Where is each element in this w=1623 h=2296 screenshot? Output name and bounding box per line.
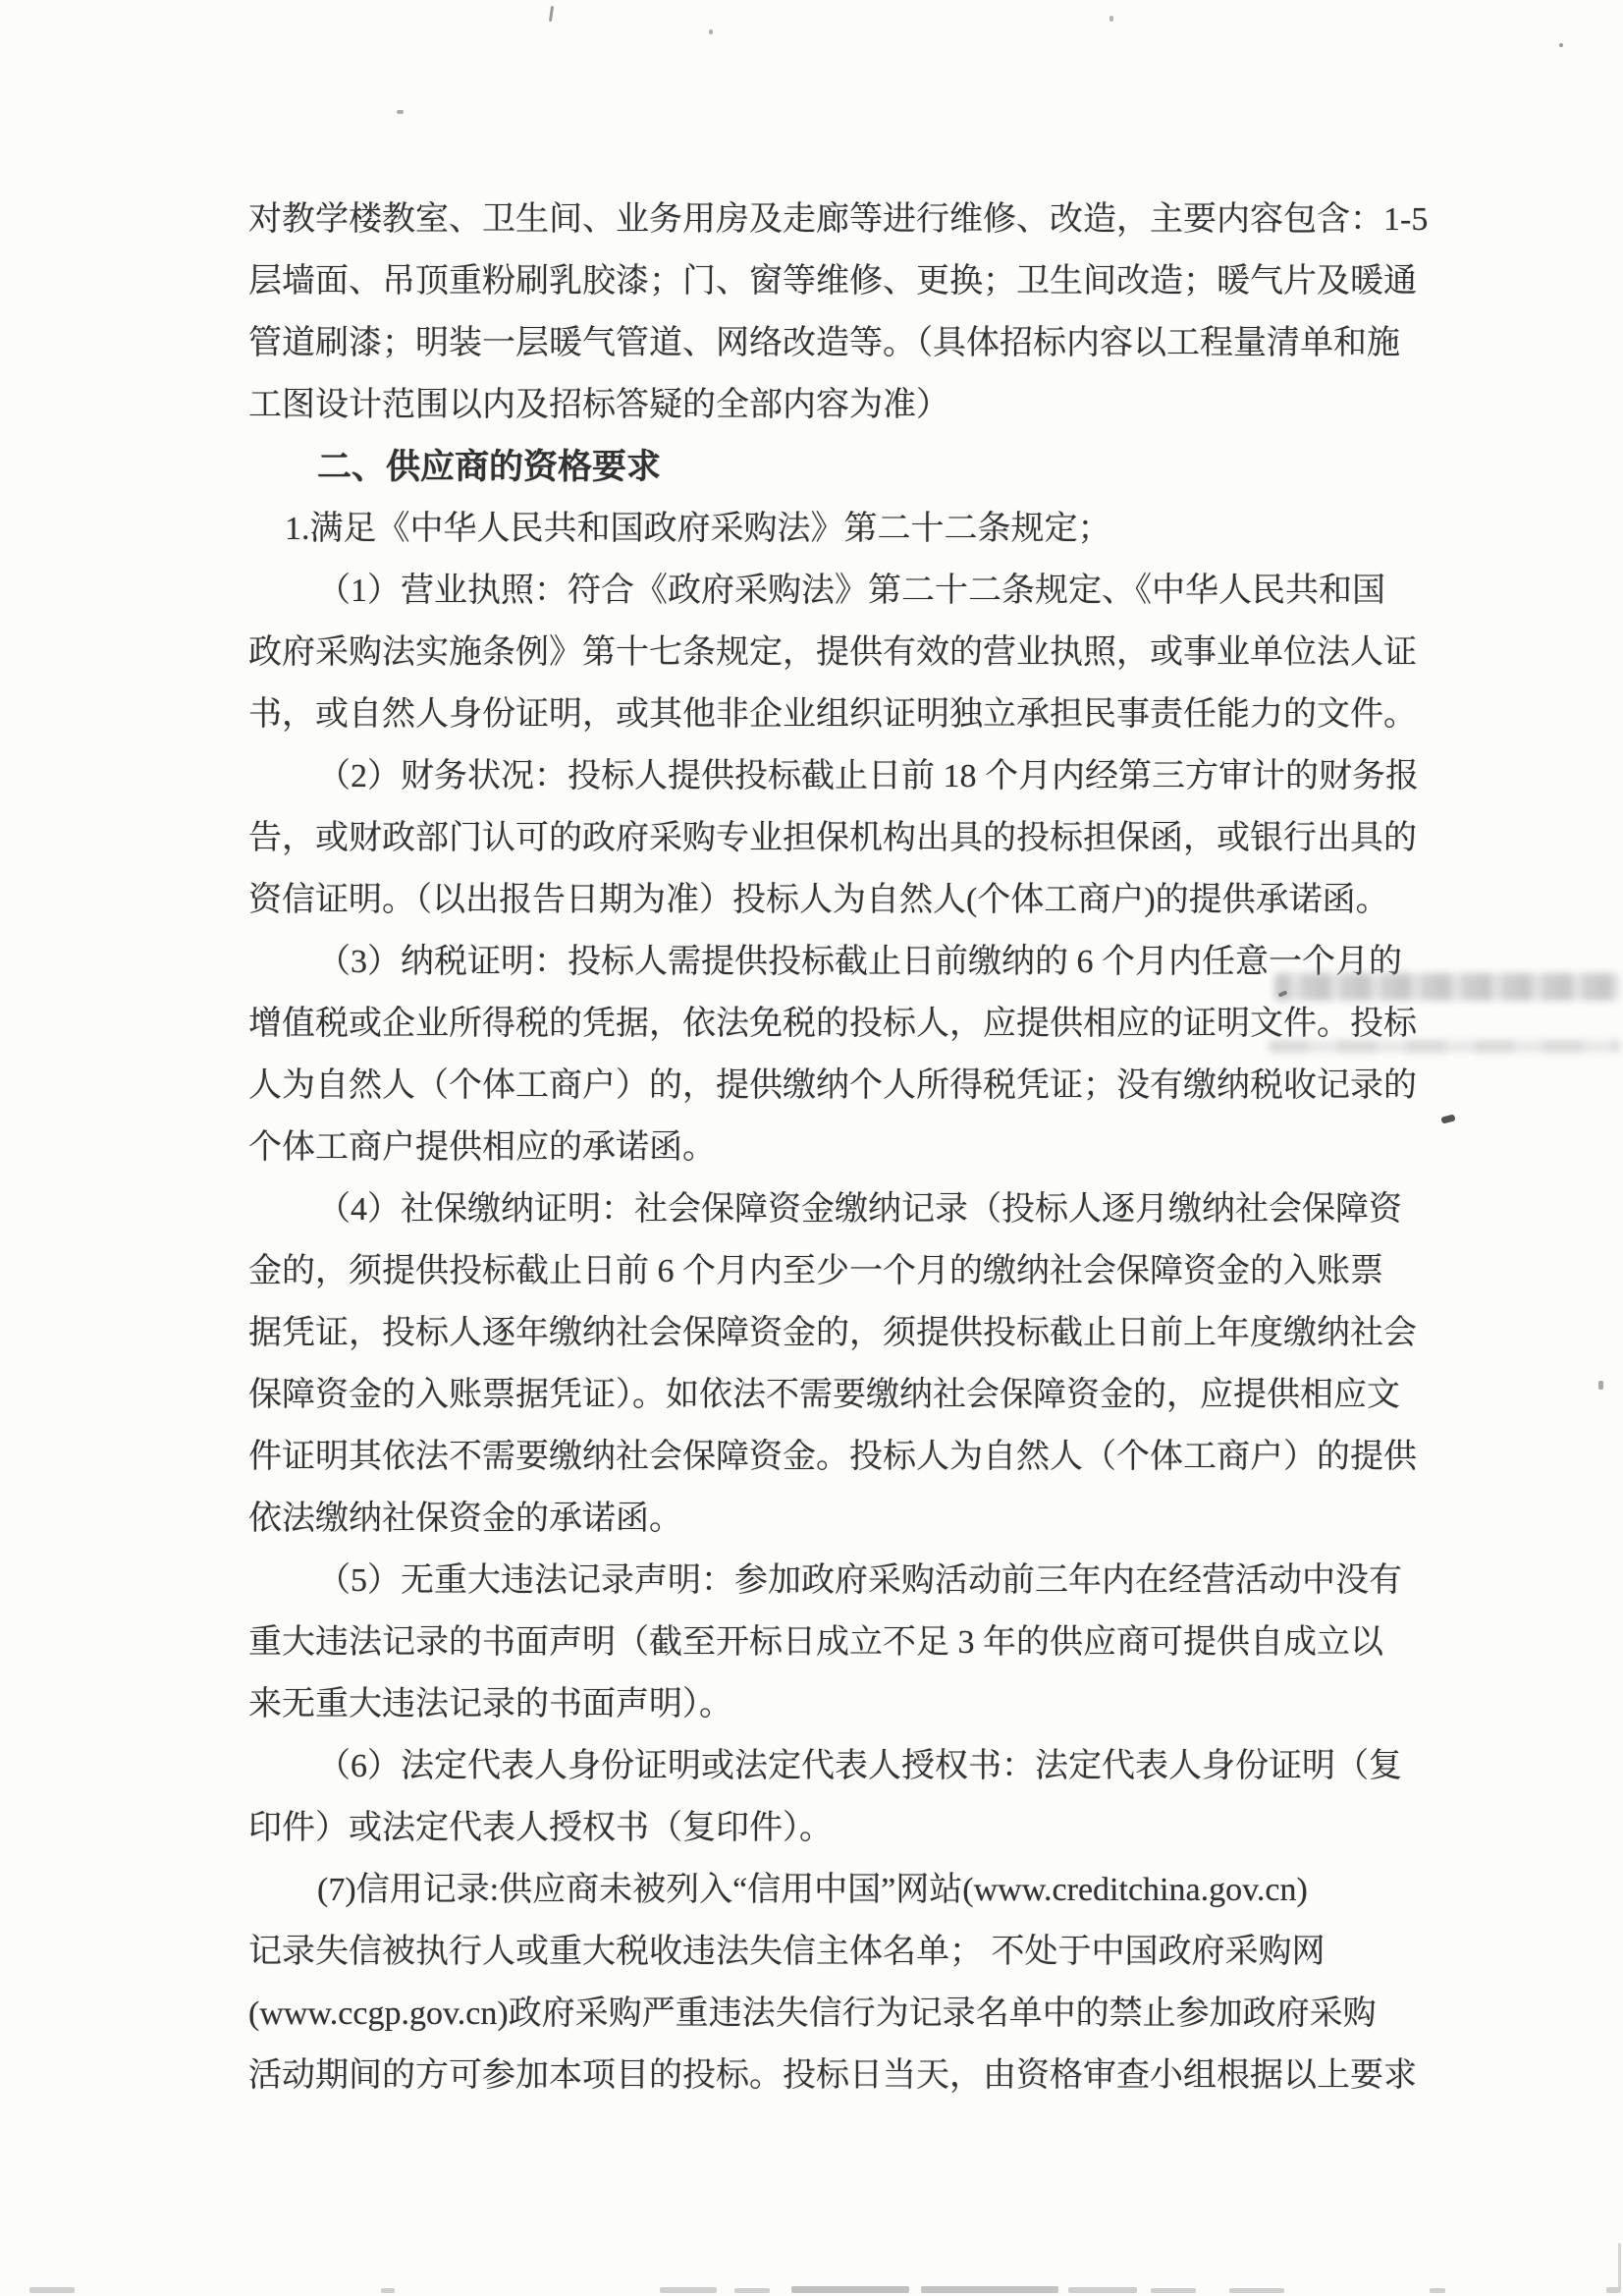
text-line: 保障资金的入账票据凭证）。如依法不需要缴纳社会保障资金的，应提供相应文 xyxy=(248,1364,1417,1426)
scan-edge-mark xyxy=(1068,2287,1137,2293)
text-line: 对教学楼教室、卫生间、业务用房及走廊等进行维修、改造，主要内容包含：1-5 xyxy=(248,189,1417,250)
text-line: 据凭证，投标人逐年缴纳社会保障资金的，须提供投标截止日前上年度缴纳社会 xyxy=(248,1302,1417,1364)
scan-speck xyxy=(397,110,404,114)
text-line: 书，或自然人身份证明，或其他非企业组织证明独立承担民事责任能力的文件。 xyxy=(248,683,1417,745)
text-line: 增值税或企业所得税的凭据，依法免税的投标人，应提供相应的证明文件。投标 xyxy=(248,993,1417,1055)
scan-speck xyxy=(1440,1114,1455,1123)
text-line: （6）法定代表人身份证明或法定代表人授权书：法定代表人身份证明（复 xyxy=(248,1735,1417,1797)
scan-edge-mark xyxy=(660,2287,717,2293)
scan-speck xyxy=(1559,43,1563,47)
text-line: （3）纳税证明：投标人需提供投标截止日前缴纳的 6 个月内任意一个月的 xyxy=(248,931,1417,993)
section-heading: 二、供应商的资格要求 xyxy=(248,436,1417,498)
scan-edge-mark xyxy=(734,2288,770,2293)
text-line: (7)信用记录:供应商未被列入“信用中国”网站(www.creditchina.… xyxy=(248,1859,1417,1921)
text-line: 金的，须提供投标截止日前 6 个月内至少一个月的缴纳社会保障资金的入账票 xyxy=(248,1240,1417,1302)
showthrough-smudge xyxy=(1274,973,1620,1001)
scan-speck xyxy=(1109,16,1113,22)
scan-edge-mark xyxy=(921,2286,1058,2293)
text-line: 资信证明。（以出报告日期为准）投标人为自然人(个体工商户)的提供承诺函。 xyxy=(248,869,1417,931)
text-line: 依法缴纳社保资金的承诺函。 xyxy=(248,1488,1417,1550)
text-line: 层墙面、吊顶重粉刷乳胶漆；门、窗等维修、更换；卫生间改造；暖气片及暖通 xyxy=(248,250,1417,312)
scan-speck xyxy=(549,6,554,22)
scan-edge-mark xyxy=(381,2288,395,2293)
text-line: 人为自然人（个体工商户）的，提供缴纳个人所得税凭证；没有缴纳税收记录的 xyxy=(248,1055,1417,1117)
text-line: 印件）或法定代表人授权书（复印件）。 xyxy=(248,1797,1417,1859)
text-line: 工图设计范围以内及招标答疑的全部内容为准） xyxy=(248,374,1417,436)
text-line: 来无重大违法记录的书面声明）。 xyxy=(248,1673,1417,1735)
text-line: 活动期间的方可参加本项目的投标。投标日当天，由资格审查小组根据以上要求 xyxy=(248,2045,1417,2106)
scan-edge-mark xyxy=(1229,2288,1284,2293)
text-line: 个体工商户提供相应的承诺函。 xyxy=(248,1117,1417,1178)
scanned-document-page: 对教学楼教室、卫生间、业务用房及走廊等进行维修、改造，主要内容包含：1-5层墙面… xyxy=(0,0,1623,2296)
text-line: 政府采购法实施条例》第十七条规定，提供有效的营业执照，或事业单位法人证 xyxy=(248,622,1417,683)
text-line: （2）财务状况：投标人提供投标截止日前 18 个月内经第三方审计的财务报 xyxy=(248,745,1417,807)
scan-edge-mark xyxy=(29,2287,75,2293)
text-line: （5）无重大违法记录声明：参加政府采购活动前三年内在经营活动中没有 xyxy=(248,1550,1417,1612)
showthrough-smudge xyxy=(1269,1040,1620,1053)
text-block: 对教学楼教室、卫生间、业务用房及走廊等进行维修、改造，主要内容包含：1-5层墙面… xyxy=(248,189,1417,2106)
text-line: （1）营业执照：符合《政府采购法》第二十二条规定、《中华人民共和国 xyxy=(248,560,1417,622)
scan-speck xyxy=(709,29,713,34)
text-line: (www.ccgp.gov.cn)政府采购严重违法失信行为记录名单中的禁止参加政… xyxy=(248,1983,1417,2045)
text-line: 告，或财政部门认可的政府采购专业担保机构出具的投标担保函，或银行出具的 xyxy=(248,807,1417,869)
scan-edge-mark xyxy=(1151,2288,1196,2293)
text-line: 1.满足《中华人民共和国政府采购法》第二十二条规定； xyxy=(248,498,1417,560)
scan-edge-mark xyxy=(791,2286,909,2293)
scan-speck xyxy=(1598,1381,1603,1390)
text-line: 记录失信被执行人或重大税收违法失信主体名单； 不处于中国政府采购网 xyxy=(248,1921,1417,1983)
scan-edge-mark xyxy=(1618,2243,1621,2292)
scan-edge-mark xyxy=(1430,2288,1445,2293)
text-line: （4）社保缴纳证明：社会保障资金缴纳记录（投标人逐月缴纳社会保障资 xyxy=(248,1178,1417,1240)
text-line: 件证明其依法不需要缴纳社会保障资金。投标人为自然人（个体工商户）的提供 xyxy=(248,1426,1417,1488)
text-line: 管道刷漆；明装一层暖气管道、网络改造等。（具体招标内容以工程量清单和施 xyxy=(248,312,1417,374)
text-line: 重大违法记录的书面声明（截至开标日成立不足 3 年的供应商可提供自成立以 xyxy=(248,1612,1417,1673)
